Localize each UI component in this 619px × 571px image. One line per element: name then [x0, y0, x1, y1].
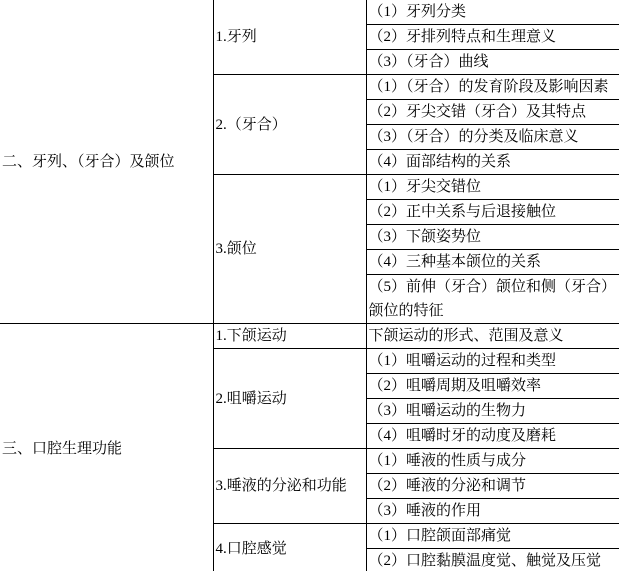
group-label-cell: 1.下颌运动: [213, 324, 366, 349]
item-cell: （1）口腔颌面部痛觉: [366, 524, 619, 549]
item-cell: （1）（牙合）的发育阶段及影响因素: [366, 75, 619, 100]
item-cell: 下颌运动的形式、范围及意义: [366, 324, 619, 349]
section-title-cell: 二、牙列、（牙合）及颌位: [0, 0, 213, 324]
item-cell: （4）三种基本颌位的关系: [366, 250, 619, 275]
group-label-cell: 1.牙列: [213, 0, 366, 75]
item-cell: （2）唾液的分泌和调节: [366, 474, 619, 499]
item-cell: （5）前伸（牙合）颌位和侧（牙合）颌位的特征: [366, 275, 619, 324]
group-label-cell: 2.咀嚼运动: [213, 349, 366, 449]
group-label-cell: 2.（牙合）: [213, 75, 366, 175]
item-cell: （2）牙排列特点和生理意义: [366, 25, 619, 50]
item-cell: （1）牙尖交错位: [366, 175, 619, 200]
item-cell: （3）（牙合）曲线: [366, 50, 619, 75]
item-cell: （3）（牙合）的分类及临床意义: [366, 125, 619, 150]
section-title-cell: 三、口腔生理功能: [0, 324, 213, 571]
table-row: 三、口腔生理功能 1.下颌运动 下颌运动的形式、范围及意义: [0, 324, 619, 349]
item-cell: （3）唾液的作用: [366, 499, 619, 524]
item-cell: （2）咀嚼周期及咀嚼效率: [366, 374, 619, 399]
item-cell: （2）正中关系与后退接触位: [366, 200, 619, 225]
item-cell: （4）面部结构的关系: [366, 150, 619, 175]
item-cell: （2）口腔黏膜温度觉、触觉及压觉: [366, 549, 619, 571]
group-label-cell: 4.口腔感觉: [213, 524, 366, 571]
item-cell: （1）牙列分类: [366, 0, 619, 25]
syllabus-page: 二、牙列、（牙合）及颌位 1.牙列 （1）牙列分类 （2）牙排列特点和生理意义 …: [0, 0, 619, 571]
group-label-cell: 3.唾液的分泌和功能: [213, 449, 366, 524]
item-cell: （2）牙尖交错（牙合）及其特点: [366, 100, 619, 125]
table-row: 二、牙列、（牙合）及颌位 1.牙列 （1）牙列分类: [0, 0, 619, 25]
item-cell: （3）咀嚼运动的生物力: [366, 399, 619, 424]
item-cell: （3）下颌姿势位: [366, 225, 619, 250]
item-cell: （1）唾液的性质与成分: [366, 449, 619, 474]
syllabus-table: 二、牙列、（牙合）及颌位 1.牙列 （1）牙列分类 （2）牙排列特点和生理意义 …: [0, 0, 619, 571]
item-cell: （1）咀嚼运动的过程和类型: [366, 349, 619, 374]
group-label-cell: 3.颌位: [213, 175, 366, 324]
item-cell: （4）咀嚼时牙的动度及磨耗: [366, 424, 619, 449]
